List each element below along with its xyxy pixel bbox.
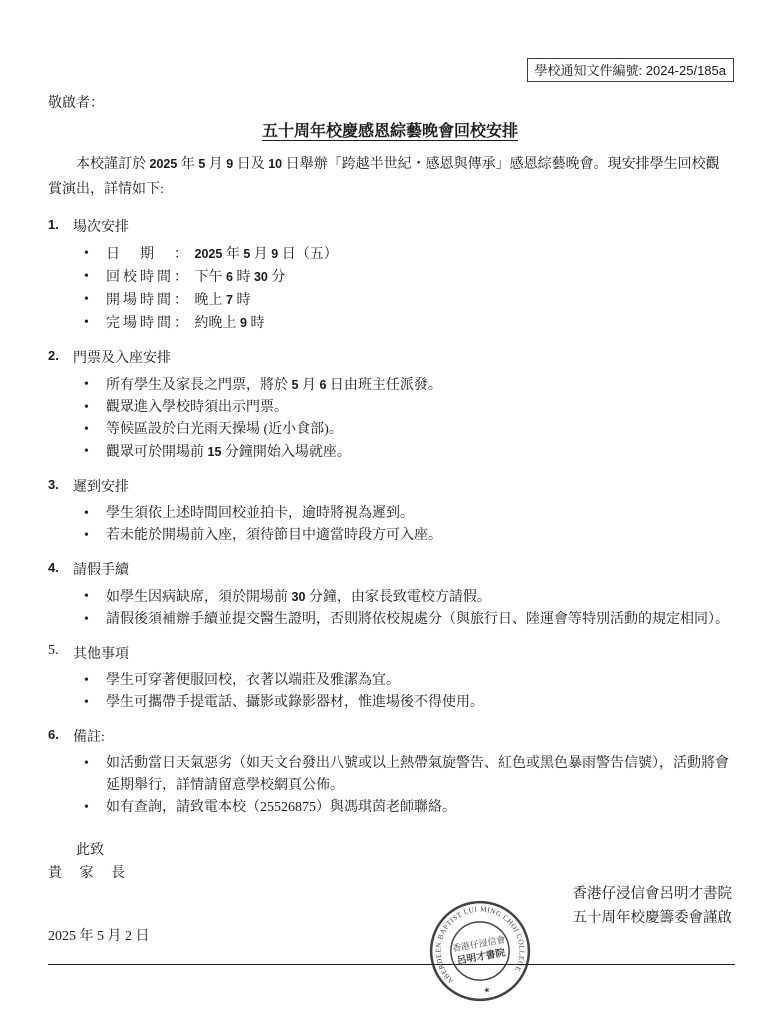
section-heading: 遲到安排 bbox=[73, 476, 129, 496]
section-heading: 備註: bbox=[73, 726, 105, 746]
schedule-row: 開場時間： 晚上 7 時 bbox=[78, 289, 732, 312]
bullet-item: 如學生因病缺席，須於開場前 30 分鐘，由家長致電校方請假。 bbox=[78, 586, 732, 609]
schedule-value: 約晚上 9 時 bbox=[195, 316, 265, 331]
bullet-item: 學生可穿著便服回校，衣著以端莊及雅潔為宜。 bbox=[78, 670, 732, 692]
bullet-list: 如活動當日天氣惡劣（如天文台發出八號或以上熱帶氣旋警告、紅色或黑色暴雨警告信號）… bbox=[78, 753, 732, 819]
signature-school-name: 香港仔浸信會呂明才書院 bbox=[573, 882, 733, 906]
notice-date: 2025 年 5 月 2 日 bbox=[48, 925, 150, 945]
schedule-row: 完場時間： 約晚上 9 時 bbox=[78, 312, 732, 335]
bullet-list: 如學生因病缺席，須於開場前 30 分鐘，由家長致電校方請假。 請假後須補辦手續並… bbox=[78, 586, 732, 631]
section-leave: 4. 請假手續 如學生因病缺席，須於開場前 30 分鐘，由家長致電校方請假。 請… bbox=[48, 559, 732, 631]
intro-paragraph: 本校謹訂於 2025 年 5 月 9 日及 10 日舉辦「跨越半世紀・感恩與傳承… bbox=[48, 152, 732, 202]
schedule-label: 開場時間： bbox=[106, 290, 191, 312]
bullet-item: 所有學生及家長之門票，將於 5 月 6 日由班主任派發。 bbox=[78, 374, 732, 397]
notice-body: 敬啟者： 五十周年校慶感恩綜藝晚會回校安排 本校謹訂於 2025 年 5 月 9… bbox=[48, 0, 732, 882]
section-number: 5. bbox=[48, 643, 73, 663]
section-heading: 場次安排 bbox=[73, 216, 129, 236]
bullet-item: 學生須依上述時間回校並拍卡，逾時將視為遲到。 bbox=[78, 503, 732, 525]
divider-line bbox=[48, 964, 735, 965]
closing-cizhi: 此致 bbox=[48, 839, 732, 859]
section-lateness: 3. 遲到安排 學生須依上述時間回校並拍卡，逾時將視為遲到。 若未能於開場前入座… bbox=[48, 476, 732, 547]
salutation: 敬啟者： bbox=[48, 92, 732, 112]
closing-recipient: 貴 家 長 bbox=[48, 862, 732, 882]
seal-star-icon: ★ bbox=[483, 985, 491, 995]
bullet-item: 觀眾進入學校時須出示門票。 bbox=[78, 397, 732, 419]
schedule-label: 完場時間： bbox=[106, 313, 191, 335]
section-tickets: 2. 門票及入座安排 所有學生及家長之門票，將於 5 月 6 日由班主任派發。 … bbox=[48, 347, 732, 464]
schedule-row: 日 期 ： 2025 年 5 月 9 日（五） bbox=[78, 243, 732, 266]
section-schedule: 1. 場次安排 日 期 ： 2025 年 5 月 9 日（五） 回校時間： 下午… bbox=[48, 216, 732, 335]
schedule-label: 日 期 ： bbox=[106, 244, 191, 266]
bullet-list: 所有學生及家長之門票，將於 5 月 6 日由班主任派發。 觀眾進入學校時須出示門… bbox=[78, 374, 732, 464]
bullet-item: 若未能於開場前入座，須待節目中適當時段方可入座。 bbox=[78, 525, 732, 547]
signature-block: 香港仔浸信會呂明才書院 五十周年校慶籌委會謹啟 bbox=[573, 882, 733, 930]
section-number: 4. bbox=[48, 559, 73, 579]
bullet-item: 學生可攜帶手提電話、攝影或錄影器材，惟進場後不得使用。 bbox=[78, 692, 732, 714]
section-heading: 門票及入座安排 bbox=[73, 347, 171, 367]
section-number: 1. bbox=[48, 216, 73, 236]
notice-title: 五十周年校慶感恩綜藝晚會回校安排 bbox=[48, 118, 732, 141]
section-number: 3. bbox=[48, 476, 73, 496]
bullet-item: 如有查詢，請致電本校（25526875）與馮琪茵老師聯絡。 bbox=[78, 797, 732, 819]
schedule-value: 下午 6 時 30 分 bbox=[195, 270, 286, 285]
bullet-item: 如活動當日天氣惡劣（如天文台發出八號或以上熱帶氣旋警告、紅色或黑色暴雨警告信號）… bbox=[78, 753, 732, 797]
section-heading: 請假手續 bbox=[73, 559, 129, 579]
schedule-label: 回校時間： bbox=[106, 267, 191, 289]
bullet-item: 請假後須補辦手續並提交醫生證明，否則將依校規處分（與旅行日、陸運會等特別活動的規… bbox=[78, 609, 732, 631]
bullet-list: 日 期 ： 2025 年 5 月 9 日（五） 回校時間： 下午 6 時 30 … bbox=[78, 243, 732, 335]
section-remarks: 6. 備註: 如活動當日天氣惡劣（如天文台發出八號或以上熱帶氣旋警告、紅色或黑色… bbox=[48, 726, 732, 819]
section-number: 2. bbox=[48, 347, 73, 367]
schedule-value: 2025 年 5 月 9 日（五） bbox=[195, 247, 338, 262]
section-others: 5. 其他事項 學生可穿著便服回校，衣著以端莊及雅潔為宜。 學生可攜帶手提電話、… bbox=[48, 643, 732, 714]
signature-committee: 五十周年校慶籌委會謹啟 bbox=[573, 906, 733, 930]
notice-page: 學校通知文件編號: 2024-25/185a 敬啟者： 五十周年校慶感恩綜藝晚會… bbox=[0, 0, 768, 1024]
bullet-item: 觀眾可於開場前 15 分鐘開始入場就座。 bbox=[78, 441, 732, 464]
bullet-item: 等候區設於白光雨天操場 (近小食部)。 bbox=[78, 419, 732, 441]
schedule-row: 回校時間： 下午 6 時 30 分 bbox=[78, 266, 732, 289]
section-heading: 其他事項 bbox=[73, 643, 129, 663]
section-number: 6. bbox=[48, 726, 73, 746]
school-seal: ABERDEEN BAPTIST LUI MING CHOI COLLEGE 香… bbox=[420, 891, 540, 1011]
bullet-list: 學生可穿著便服回校，衣著以端莊及雅潔為宜。 學生可攜帶手提電話、攝影或錄影器材，… bbox=[78, 670, 732, 714]
schedule-value: 晚上 7 時 bbox=[195, 293, 251, 308]
bullet-list: 學生須依上述時間回校並拍卡，逾時將視為遲到。 若未能於開場前入座，須待節目中適當… bbox=[78, 503, 732, 547]
